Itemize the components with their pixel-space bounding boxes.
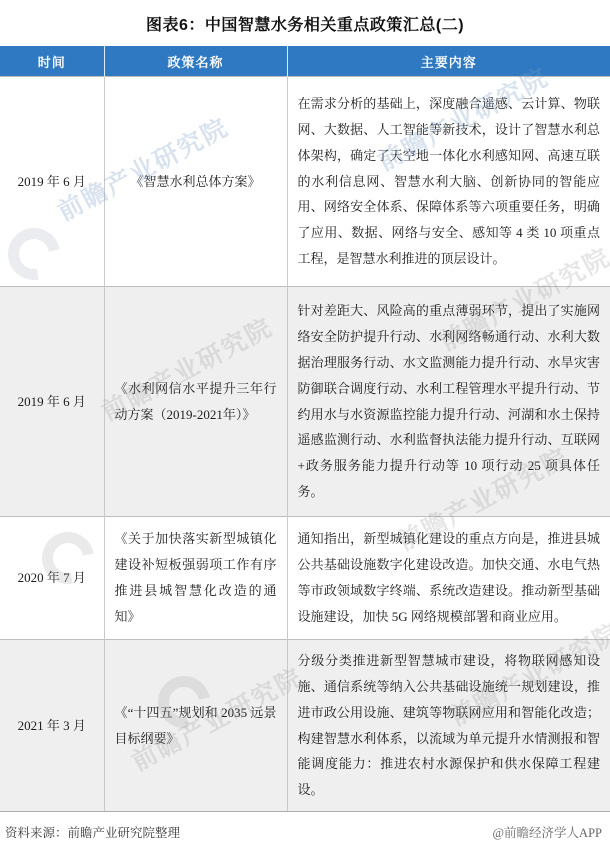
policy-cell: 《“十四五”规划和 2035 远景目标纲要》	[104, 640, 287, 812]
header-content: 主要内容	[287, 46, 610, 77]
content-cell: 通知指出，新型城镇化建设的重点方向是，推进县城公共基础设施数字化建设改造。加快交…	[287, 517, 610, 640]
table-header: 时间 政策名称 主要内容	[0, 46, 610, 77]
header-policy: 政策名称	[104, 46, 287, 77]
date-cell: 2019 年 6 月	[0, 287, 104, 517]
policy-cell: 《水利网信水平提升三年行动方案（2019-2021年）》	[104, 287, 287, 517]
date-cell: 2021 年 3 月	[0, 640, 104, 812]
table-row: 2019 年 6 月《水利网信水平提升三年行动方案（2019-2021年）》针对…	[0, 287, 610, 517]
source-note: 资料来源：前瞻产业研究院整理	[5, 823, 180, 841]
table-row: 2019 年 6 月《智慧水利总体方案》在需求分析的基础上，深度融合遥感、云计算…	[0, 77, 610, 287]
date-cell: 2020 年 7 月	[0, 517, 104, 640]
table-row: 2020 年 7 月《关于加快落实新型城镇化建设补短板强弱项工作有序推进县城智慧…	[0, 517, 610, 640]
content-cell: 针对差距大、风险高的重点薄弱环节，提出了实施网络安全防护提升行动、水利网络畅通行…	[287, 287, 610, 517]
policy-table-body: 2019 年 6 月《智慧水利总体方案》在需求分析的基础上，深度融合遥感、云计算…	[0, 77, 610, 812]
header-date: 时间	[0, 46, 104, 77]
credit-note: @前瞻经济学人APP	[493, 823, 602, 841]
content-cell: 分级分类推进新型智慧城市建设，将物联网感知设施、通信系统等纳入公共基础设施统一规…	[287, 640, 610, 812]
policy-cell: 《关于加快落实新型城镇化建设补短板强弱项工作有序推进县城智慧化改造的通知》	[104, 517, 287, 640]
content-cell: 在需求分析的基础上，深度融合遥感、云计算、物联网、大数据、人工智能等新技术，设计…	[287, 77, 610, 287]
page-footer: 资料来源：前瞻产业研究院整理 @前瞻经济学人APP	[0, 812, 610, 841]
date-cell: 2019 年 6 月	[0, 77, 104, 287]
policy-table: 时间 政策名称 主要内容 2019 年 6 月《智慧水利总体方案》在需求分析的基…	[0, 46, 610, 812]
policy-cell: 《智慧水利总体方案》	[104, 77, 287, 287]
table-row: 2021 年 3 月《“十四五”规划和 2035 远景目标纲要》分级分类推进新型…	[0, 640, 610, 812]
page-title: 图表6：中国智慧水务相关重点政策汇总(二)	[0, 0, 610, 35]
